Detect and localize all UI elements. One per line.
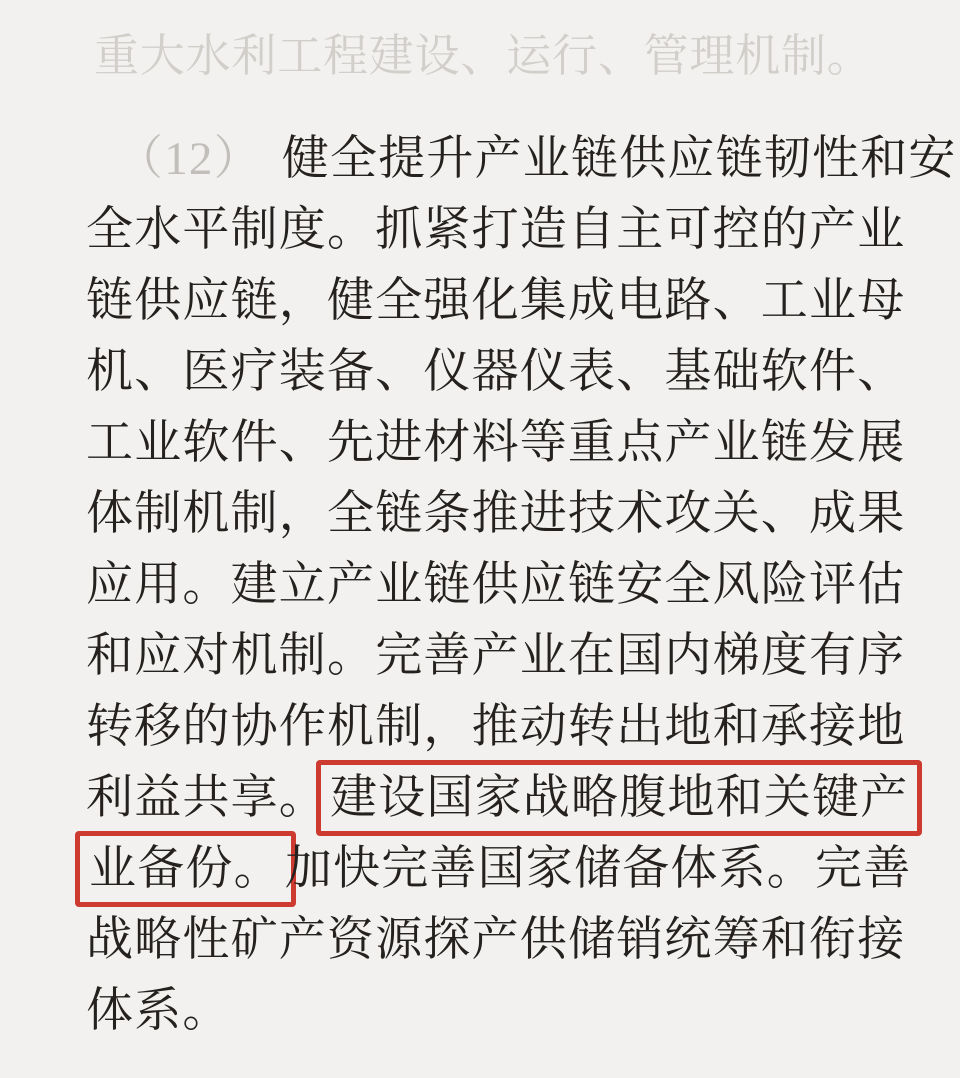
paragraph-line-3: 链供应链，健全强化集成电路、工业母 [86, 266, 916, 337]
paragraph-line-13: 体系。 [86, 976, 916, 1047]
paragraph-line-10: 利益共享。建设国家战略腹地和关键产 [86, 763, 916, 834]
paragraph-text: 应用。建立产业链供应链安全风险评估 [86, 559, 905, 611]
previous-paragraph-faded-line: 重大水利工程建设、运行、管理机制。 [94, 26, 873, 86]
paragraph-line-12: 战略性矿产资源探产供储销统筹和衔接 [86, 905, 916, 976]
policy-paragraph: （12）健全提升产业链供应链韧性和安 全水平制度。抓紧打造自主可控的产业 链供应… [86, 124, 916, 1047]
red-annotation-box-part-2: 业备份。 [75, 831, 296, 907]
paragraph-line-1: （12）健全提升产业链供应链韧性和安 [86, 124, 916, 195]
paragraph-text: 机、医疗装备、仪器仪表、基础软件、 [86, 346, 905, 398]
paragraph-line-4: 机、医疗装备、仪器仪表、基础软件、 [86, 337, 916, 408]
paragraph-line-9: 转移的协作机制，推动转出地和承接地 [86, 692, 916, 763]
paragraph-text: 工业软件、先进材料等重点产业链发展 [86, 417, 905, 469]
paragraph-text: 链供应链，健全强化集成电路、工业母 [86, 275, 905, 327]
paragraph-line-8: 和应对机制。完善产业在国内梯度有序 [86, 621, 916, 692]
red-annotation-box-part-1: 建设国家战略腹地和关键产 [316, 760, 922, 836]
paragraph-line-11: 业备份。加快完善国家储备体系。完善 [86, 834, 916, 905]
paragraph-text: 转移的协作机制，推动转出地和承接地 [86, 701, 905, 753]
paragraph-line-5: 工业软件、先进材料等重点产业链发展 [86, 408, 916, 479]
paragraph-text: 利益共享。 [86, 772, 327, 824]
paragraph-text: 体系。 [86, 985, 231, 1037]
document-page: 重大水利工程建设、运行、管理机制。 （12）健全提升产业链供应链韧性和安 全水平… [0, 0, 960, 1078]
paragraph-text: 加快完善国家储备体系。完善 [285, 843, 912, 895]
paragraph-text: 体制机制，全链条推进技术攻关、成果 [86, 488, 905, 540]
paragraph-line-2: 全水平制度。抓紧打造自主可控的产业 [86, 195, 916, 266]
paragraph-text: 健全提升产业链供应链韧性和安 [282, 133, 957, 185]
paragraph-text: 全水平制度。抓紧打造自主可控的产业 [86, 204, 905, 256]
paragraph-text: 和应对机制。完善产业在国内梯度有序 [86, 630, 905, 682]
clause-number: （12） [116, 133, 262, 185]
paragraph-line-7: 应用。建立产业链供应链安全风险评估 [86, 550, 916, 621]
paragraph-line-6: 体制机制，全链条推进技术攻关、成果 [86, 479, 916, 550]
paragraph-text: 战略性矿产资源探产供储销统筹和衔接 [86, 914, 905, 966]
